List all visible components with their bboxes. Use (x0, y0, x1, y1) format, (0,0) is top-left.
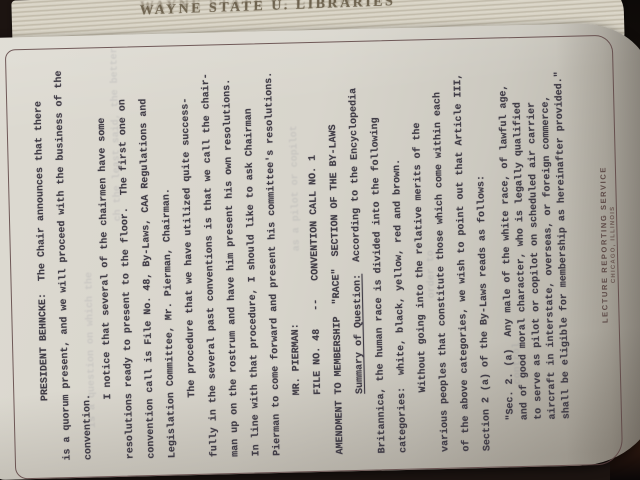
summary-heading: Summary of Question: (352, 274, 366, 394)
letterhead: LECTURE REPORTING SERVICE CHICAGO, ILLIN… (598, 156, 617, 332)
library-stamp: WAYNE STATE U. LIBRARIES (140, 0, 500, 20)
showthrough-text: order to (426, 250, 438, 298)
summary-indent (355, 394, 367, 454)
typed-text-block: is a question on which the ch the least … (25, 39, 594, 472)
photo-of-book-page: WAYNE STATE U. LIBRARIES is a question o… (0, 0, 640, 480)
summary-rest: According to the Encyclopedia (348, 88, 363, 274)
showthrough-text: control (512, 342, 524, 384)
letterhead-service-name: LECTURE REPORTING SERVICE (598, 157, 609, 333)
